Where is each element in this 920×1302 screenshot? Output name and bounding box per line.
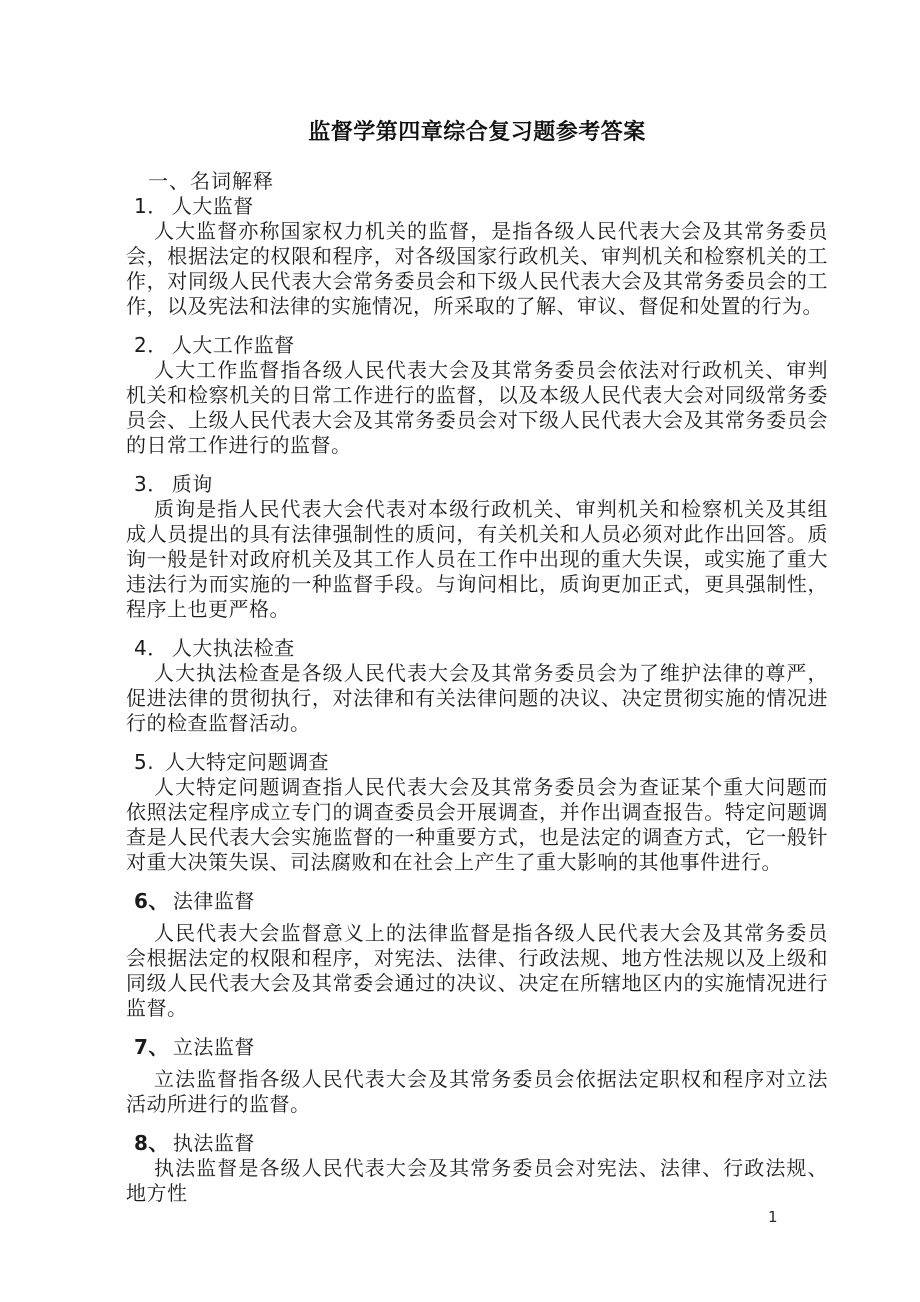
term-number: 6、 bbox=[134, 889, 169, 913]
term-body: 执法监督是各级人民代表大会及其常务委员会对宪法、法律、行政法规、地方性 bbox=[126, 1156, 828, 1206]
document-page: 监督学第四章综合复习题参考答案 一、名词解释 1．人大监督 人大监督亦称国家权力… bbox=[0, 0, 920, 1302]
term-title: 质询 bbox=[172, 472, 213, 496]
term-title: 执法监督 bbox=[173, 1131, 255, 1155]
term-body: 人大工作监督指各级人民代表大会及其常务委员会依法对行政机关、审判机关和检察机关的… bbox=[126, 358, 828, 458]
term-heading: 7、立法监督 bbox=[126, 1035, 828, 1060]
term-section: 3．质询 质询是指人民代表大会代表对本级行政机关、审判机关和检察机关及其组成人员… bbox=[126, 472, 828, 622]
term-number: 3． bbox=[134, 472, 168, 496]
term-section: 2．人大工作监督 人大工作监督指各级人民代表大会及其常务委员会依法对行政机关、审… bbox=[126, 333, 828, 458]
term-number: 2． bbox=[134, 333, 168, 357]
term-title: 法律监督 bbox=[173, 889, 255, 913]
term-section: 7、立法监督 立法监督指各级人民代表大会及其常务委员会依据法定职权和程序对立法活… bbox=[126, 1035, 828, 1117]
term-number: 8、 bbox=[134, 1131, 169, 1155]
term-heading: 4．人大执法检查 bbox=[126, 636, 828, 661]
term-body: 人民代表大会监督意义上的法律监督是指各级人民代表大会及其常务委员会根据法定的权限… bbox=[126, 921, 828, 1021]
term-heading: 1．人大监督 bbox=[126, 194, 828, 219]
term-title: 立法监督 bbox=[173, 1035, 255, 1059]
term-section: 5. 人大特定问题调查 人大特定问题调查指人民代表大会及其常务委员会为查证某个重… bbox=[126, 750, 828, 875]
term-number: 5. bbox=[134, 750, 154, 774]
term-title: 人大监督 bbox=[172, 194, 254, 218]
term-body: 人大特定问题调查指人民代表大会及其常务委员会为查证某个重大问题而依照法定程序成立… bbox=[126, 775, 828, 875]
term-title: 人大工作监督 bbox=[172, 333, 295, 357]
term-body: 质询是指人民代表大会代表对本级行政机关、审判机关和检察机关及其组成人员提出的具有… bbox=[126, 497, 828, 622]
term-section: 4．人大执法检查 人大执法检查是各级人民代表大会及其常务委员会为了维护法律的尊严… bbox=[126, 636, 828, 736]
term-body: 立法监督指各级人民代表大会及其常务委员会依据法定职权和程序对立法活动所进行的监督… bbox=[126, 1067, 828, 1117]
term-heading: 8、执法监督 bbox=[126, 1131, 828, 1156]
term-section: 6、法律监督 人民代表大会监督意义上的法律监督是指各级人民代表大会及其常务委员会… bbox=[126, 889, 828, 1021]
term-heading: 5. 人大特定问题调查 bbox=[126, 750, 828, 775]
term-body: 人大执法检查是各级人民代表大会及其常务委员会为了维护法律的尊严，促进法律的贯彻执… bbox=[126, 661, 828, 736]
section-heading-terms: 一、名词解释 bbox=[126, 169, 828, 194]
term-heading: 2．人大工作监督 bbox=[126, 333, 828, 358]
term-title: 人大特定问题调查 bbox=[165, 750, 329, 774]
term-heading: 3．质询 bbox=[126, 472, 828, 497]
term-section: 1．人大监督 人大监督亦称国家权力机关的监督，是指各级人民代表大会及其常务委员会… bbox=[126, 194, 828, 319]
term-body: 人大监督亦称国家权力机关的监督，是指各级人民代表大会及其常务委员会，根据法定的权… bbox=[126, 219, 828, 319]
page-title: 监督学第四章综合复习题参考答案 bbox=[126, 118, 828, 148]
term-title: 人大执法检查 bbox=[172, 636, 295, 660]
term-number: 7、 bbox=[134, 1035, 169, 1059]
term-number: 4． bbox=[134, 636, 168, 660]
term-section: 8、执法监督 执法监督是各级人民代表大会及其常务委员会对宪法、法律、行政法规、地… bbox=[126, 1131, 828, 1206]
page-number: 1 bbox=[768, 1208, 778, 1226]
term-number: 1． bbox=[134, 194, 168, 218]
term-heading: 6、法律监督 bbox=[126, 889, 828, 914]
